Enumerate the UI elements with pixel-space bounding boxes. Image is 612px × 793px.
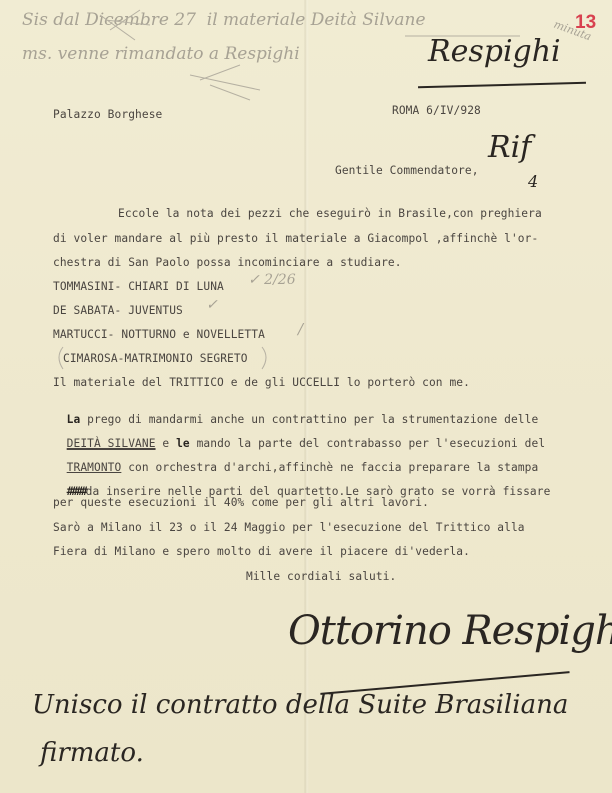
handwritten-ref-number: 4 xyxy=(528,172,538,191)
trittico-line: Il materiale del TRITTICO e de gli UCCEL… xyxy=(53,376,470,389)
program-item-1: TOMMASINI- CHIARI DI LUNA xyxy=(53,280,224,293)
header-signature: Respighi xyxy=(428,34,561,69)
body-para2-line3: TRAMONTO con orchestra d'archi,affinchè … xyxy=(53,448,538,474)
signature: Ottorino Respighi xyxy=(288,608,612,654)
postscript-line2: firmato. xyxy=(40,738,144,768)
body-para2-line2: DEITÀ SILVANE e le mando la parte del co… xyxy=(53,424,545,450)
program-item-2-mark: ✓ xyxy=(206,297,218,313)
body-para1-line1: Eccole la nota dei pezzi che eseguirò in… xyxy=(118,207,542,220)
sender-address: Palazzo Borghese xyxy=(53,108,162,121)
handwritten-ref-mark: Rif xyxy=(488,130,531,165)
closing: Mille cordiali saluti. xyxy=(246,570,396,583)
body-para3-line1: Sarò a Milano il 23 o il 24 Maggio per l… xyxy=(53,521,525,534)
body-para1-line3: chestra di San Paolo possa incominciare … xyxy=(53,256,402,269)
salutation: Gentile Commendatore, xyxy=(335,164,479,177)
program-item-3-mark: / xyxy=(298,320,303,338)
program-item-1-mark: ✓ 2/26 xyxy=(248,272,296,288)
date-line: ROMA 6/IV/928 xyxy=(392,104,481,117)
pencil-bracket-icon xyxy=(0,345,612,375)
body-para2-line1: La prego di mandarmi anche un contrattin… xyxy=(53,400,538,426)
body-para2-line4: ####da inserire nelle parti del quartett… xyxy=(53,472,550,498)
body-para1-line2: di voler mandare al più presto il materi… xyxy=(53,232,538,245)
postscript-line1: Unisco il contratto della Suite Brasilia… xyxy=(32,690,568,720)
program-item-2: DE SABATA- JUVENTUS xyxy=(53,304,183,317)
program-item-3: MARTUCCI- NOTTURNO e NOVELLETTA xyxy=(53,328,265,341)
body-para2-line5: per queste esecuzioni il 40% come per gl… xyxy=(53,496,429,509)
body-para3-line2: Fiera di Milano e spero molto di avere i… xyxy=(53,545,470,558)
